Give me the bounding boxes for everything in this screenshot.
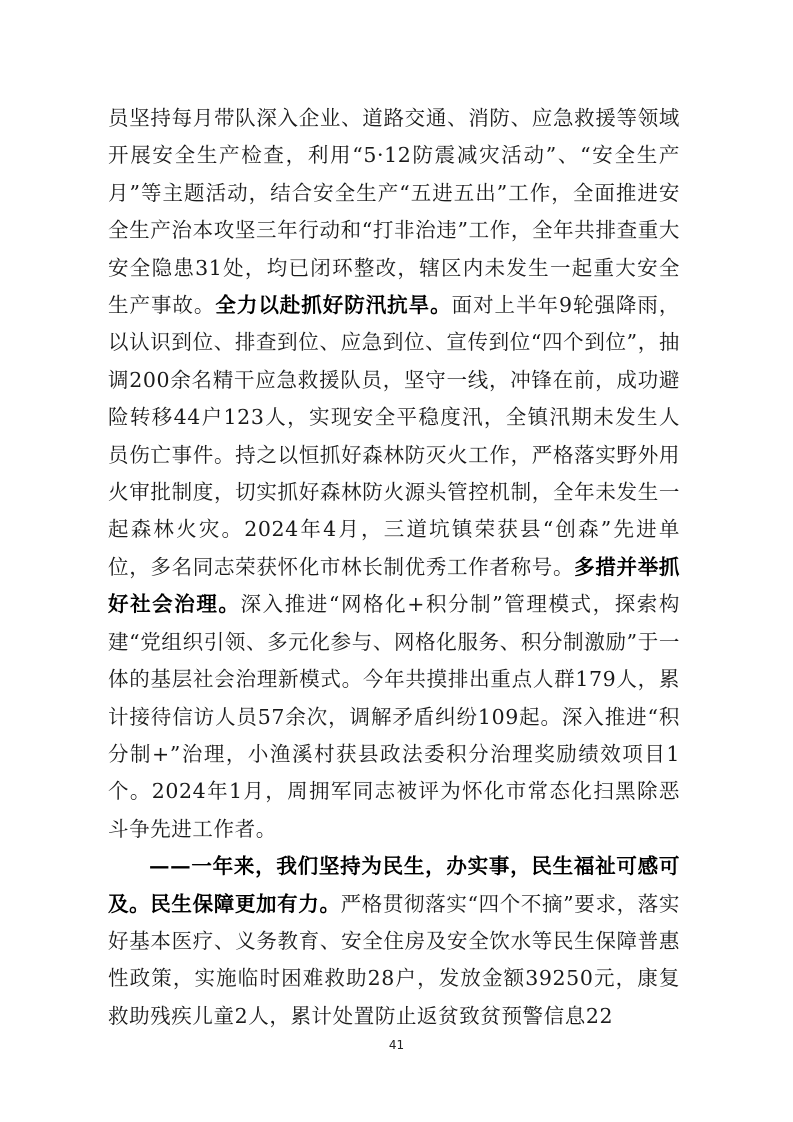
text-segment: 面对上半年9轮强降雨，以认识到位、排查到位、应急到位、宣传到位“四个到位”，抽调… — [108, 293, 680, 579]
text-segment: 深入推进“网格化+积分制”管理模式，探索构建“党组织引领、多元化参与、网格化服务… — [108, 592, 680, 840]
paragraph-safety-governance: 员坚持每月带队深入企业、道路交通、消防、应急救援等领域开展安全生产检查，利用“5… — [108, 100, 680, 848]
document-body: 员坚持每月带队深入企业、道路交通、消防、应急救援等领域开展安全生产检查，利用“5… — [108, 100, 680, 1035]
heading-flood-control: 全力以赴抓好防汛抗旱。 — [215, 293, 451, 317]
text-segment: 员坚持每月带队深入企业、道路交通、消防、应急救援等领域开展安全生产检查，利用“5… — [108, 106, 680, 317]
page-number: 41 — [0, 1038, 793, 1052]
paragraph-livelihood: ——一年来，我们坚持为民生，办实事，民生福祉可感可及。民生保障更加有力。严格贯彻… — [108, 848, 680, 1035]
